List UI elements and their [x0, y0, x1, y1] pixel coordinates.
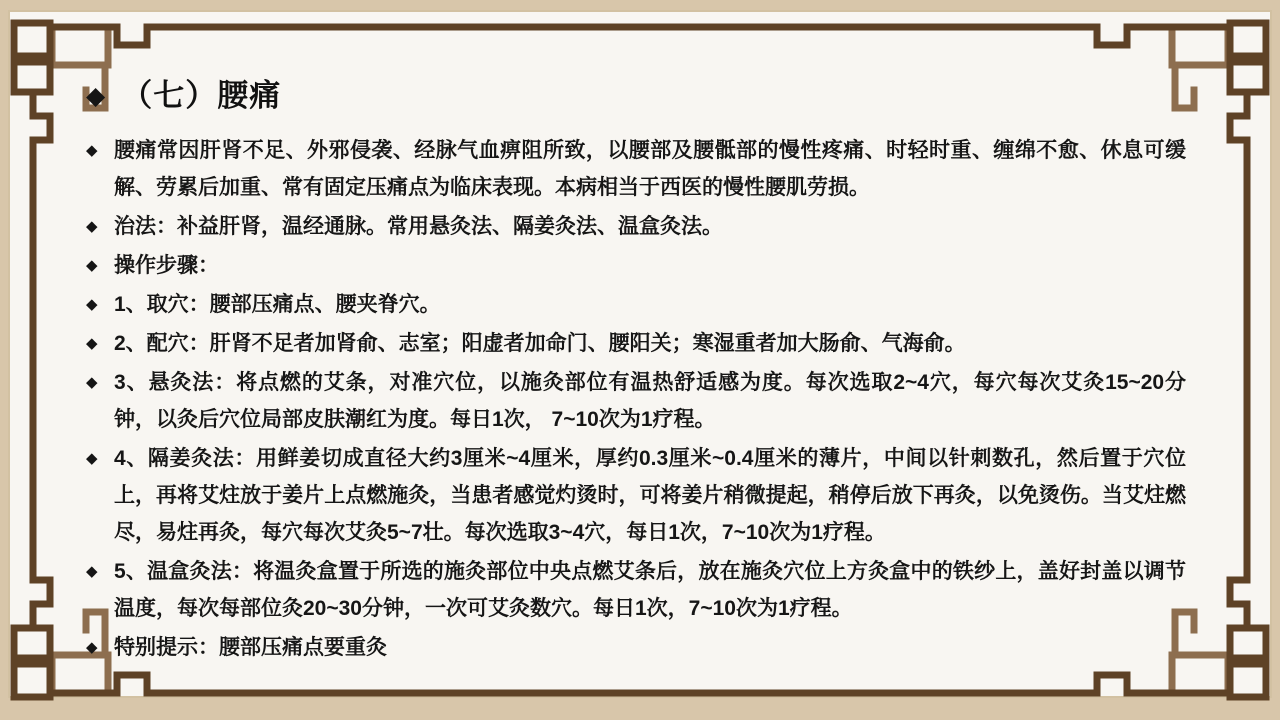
- bullet-text: 治法：补益肝肾，温经通脉。常用悬灸法、隔姜灸法、温盒灸法。: [114, 208, 1186, 245]
- diamond-bullet-icon: ◆: [86, 286, 114, 323]
- bullet-list: ◆ 腰痛常因肝肾不足、外邪侵袭、经脉气血痹阻所致，以腰部及腰骶部的慢性疼痛、时轻…: [86, 132, 1186, 666]
- bullet-text: 2、配穴：肝肾不足者加肾俞、志室；阳虚者加命门、腰阳关；寒湿重者加大肠俞、气海俞…: [114, 325, 1186, 362]
- list-item: ◆ 特别提示：腰部压痛点要重灸: [86, 629, 1186, 666]
- list-item: ◆ 2、配穴：肝肾不足者加肾俞、志室；阳虚者加命门、腰阳关；寒湿重者加大肠俞、气…: [86, 325, 1186, 362]
- list-item: ◆ 腰痛常因肝肾不足、外邪侵袭、经脉气血痹阻所致，以腰部及腰骶部的慢性疼痛、时轻…: [86, 132, 1186, 206]
- slide-root: ◆ （七）腰痛 ◆ 腰痛常因肝肾不足、外邪侵袭、经脉气血痹阻所致，以腰部及腰骶部…: [0, 0, 1280, 720]
- bullet-text: 操作步骤：: [114, 247, 1186, 284]
- bullet-text: 5、温盒灸法：将温灸盒置于所选的施灸部位中央点燃艾条后，放在施灸穴位上方灸盒中的…: [114, 553, 1186, 627]
- diamond-bullet-icon: ◆: [86, 629, 114, 666]
- list-item: ◆ 操作步骤：: [86, 247, 1186, 284]
- diamond-bullet-icon: ◆: [86, 325, 114, 362]
- title-row: ◆ （七）腰痛: [86, 76, 1186, 116]
- diamond-bullet-icon: ◆: [86, 76, 105, 116]
- bullet-text: 1、取穴：腰部压痛点、腰夹脊穴。: [114, 286, 1186, 323]
- page-title: （七）腰痛: [121, 76, 281, 116]
- bullet-text: 4、隔姜灸法：用鲜姜切成直径大约3厘米~4厘米，厚约0.3厘米~0.4厘米的薄片…: [114, 440, 1186, 551]
- diamond-bullet-icon: ◆: [86, 247, 114, 284]
- diamond-bullet-icon: ◆: [86, 364, 114, 438]
- list-item: ◆ 4、隔姜灸法：用鲜姜切成直径大约3厘米~4厘米，厚约0.3厘米~0.4厘米的…: [86, 440, 1186, 551]
- list-item: ◆ 3、悬灸法：将点燃的艾条，对准穴位，以施灸部位有温热舒适感为度。每次选取2~…: [86, 364, 1186, 438]
- bullet-text: 腰痛常因肝肾不足、外邪侵袭、经脉气血痹阻所致，以腰部及腰骶部的慢性疼痛、时轻时重…: [114, 132, 1186, 206]
- list-item: ◆ 1、取穴：腰部压痛点、腰夹脊穴。: [86, 286, 1186, 323]
- diamond-bullet-icon: ◆: [86, 440, 114, 551]
- list-item: ◆ 5、温盒灸法：将温灸盒置于所选的施灸部位中央点燃艾条后，放在施灸穴位上方灸盒…: [86, 553, 1186, 627]
- slide-content: ◆ （七）腰痛 ◆ 腰痛常因肝肾不足、外邪侵袭、经脉气血痹阻所致，以腰部及腰骶部…: [86, 76, 1186, 668]
- diamond-bullet-icon: ◆: [86, 208, 114, 245]
- diamond-bullet-icon: ◆: [86, 132, 114, 206]
- list-item: ◆ 治法：补益肝肾，温经通脉。常用悬灸法、隔姜灸法、温盒灸法。: [86, 208, 1186, 245]
- bullet-text: 特别提示：腰部压痛点要重灸: [114, 629, 1186, 666]
- bullet-text: 3、悬灸法：将点燃的艾条，对准穴位，以施灸部位有温热舒适感为度。每次选取2~4穴…: [114, 364, 1186, 438]
- diamond-bullet-icon: ◆: [86, 553, 114, 627]
